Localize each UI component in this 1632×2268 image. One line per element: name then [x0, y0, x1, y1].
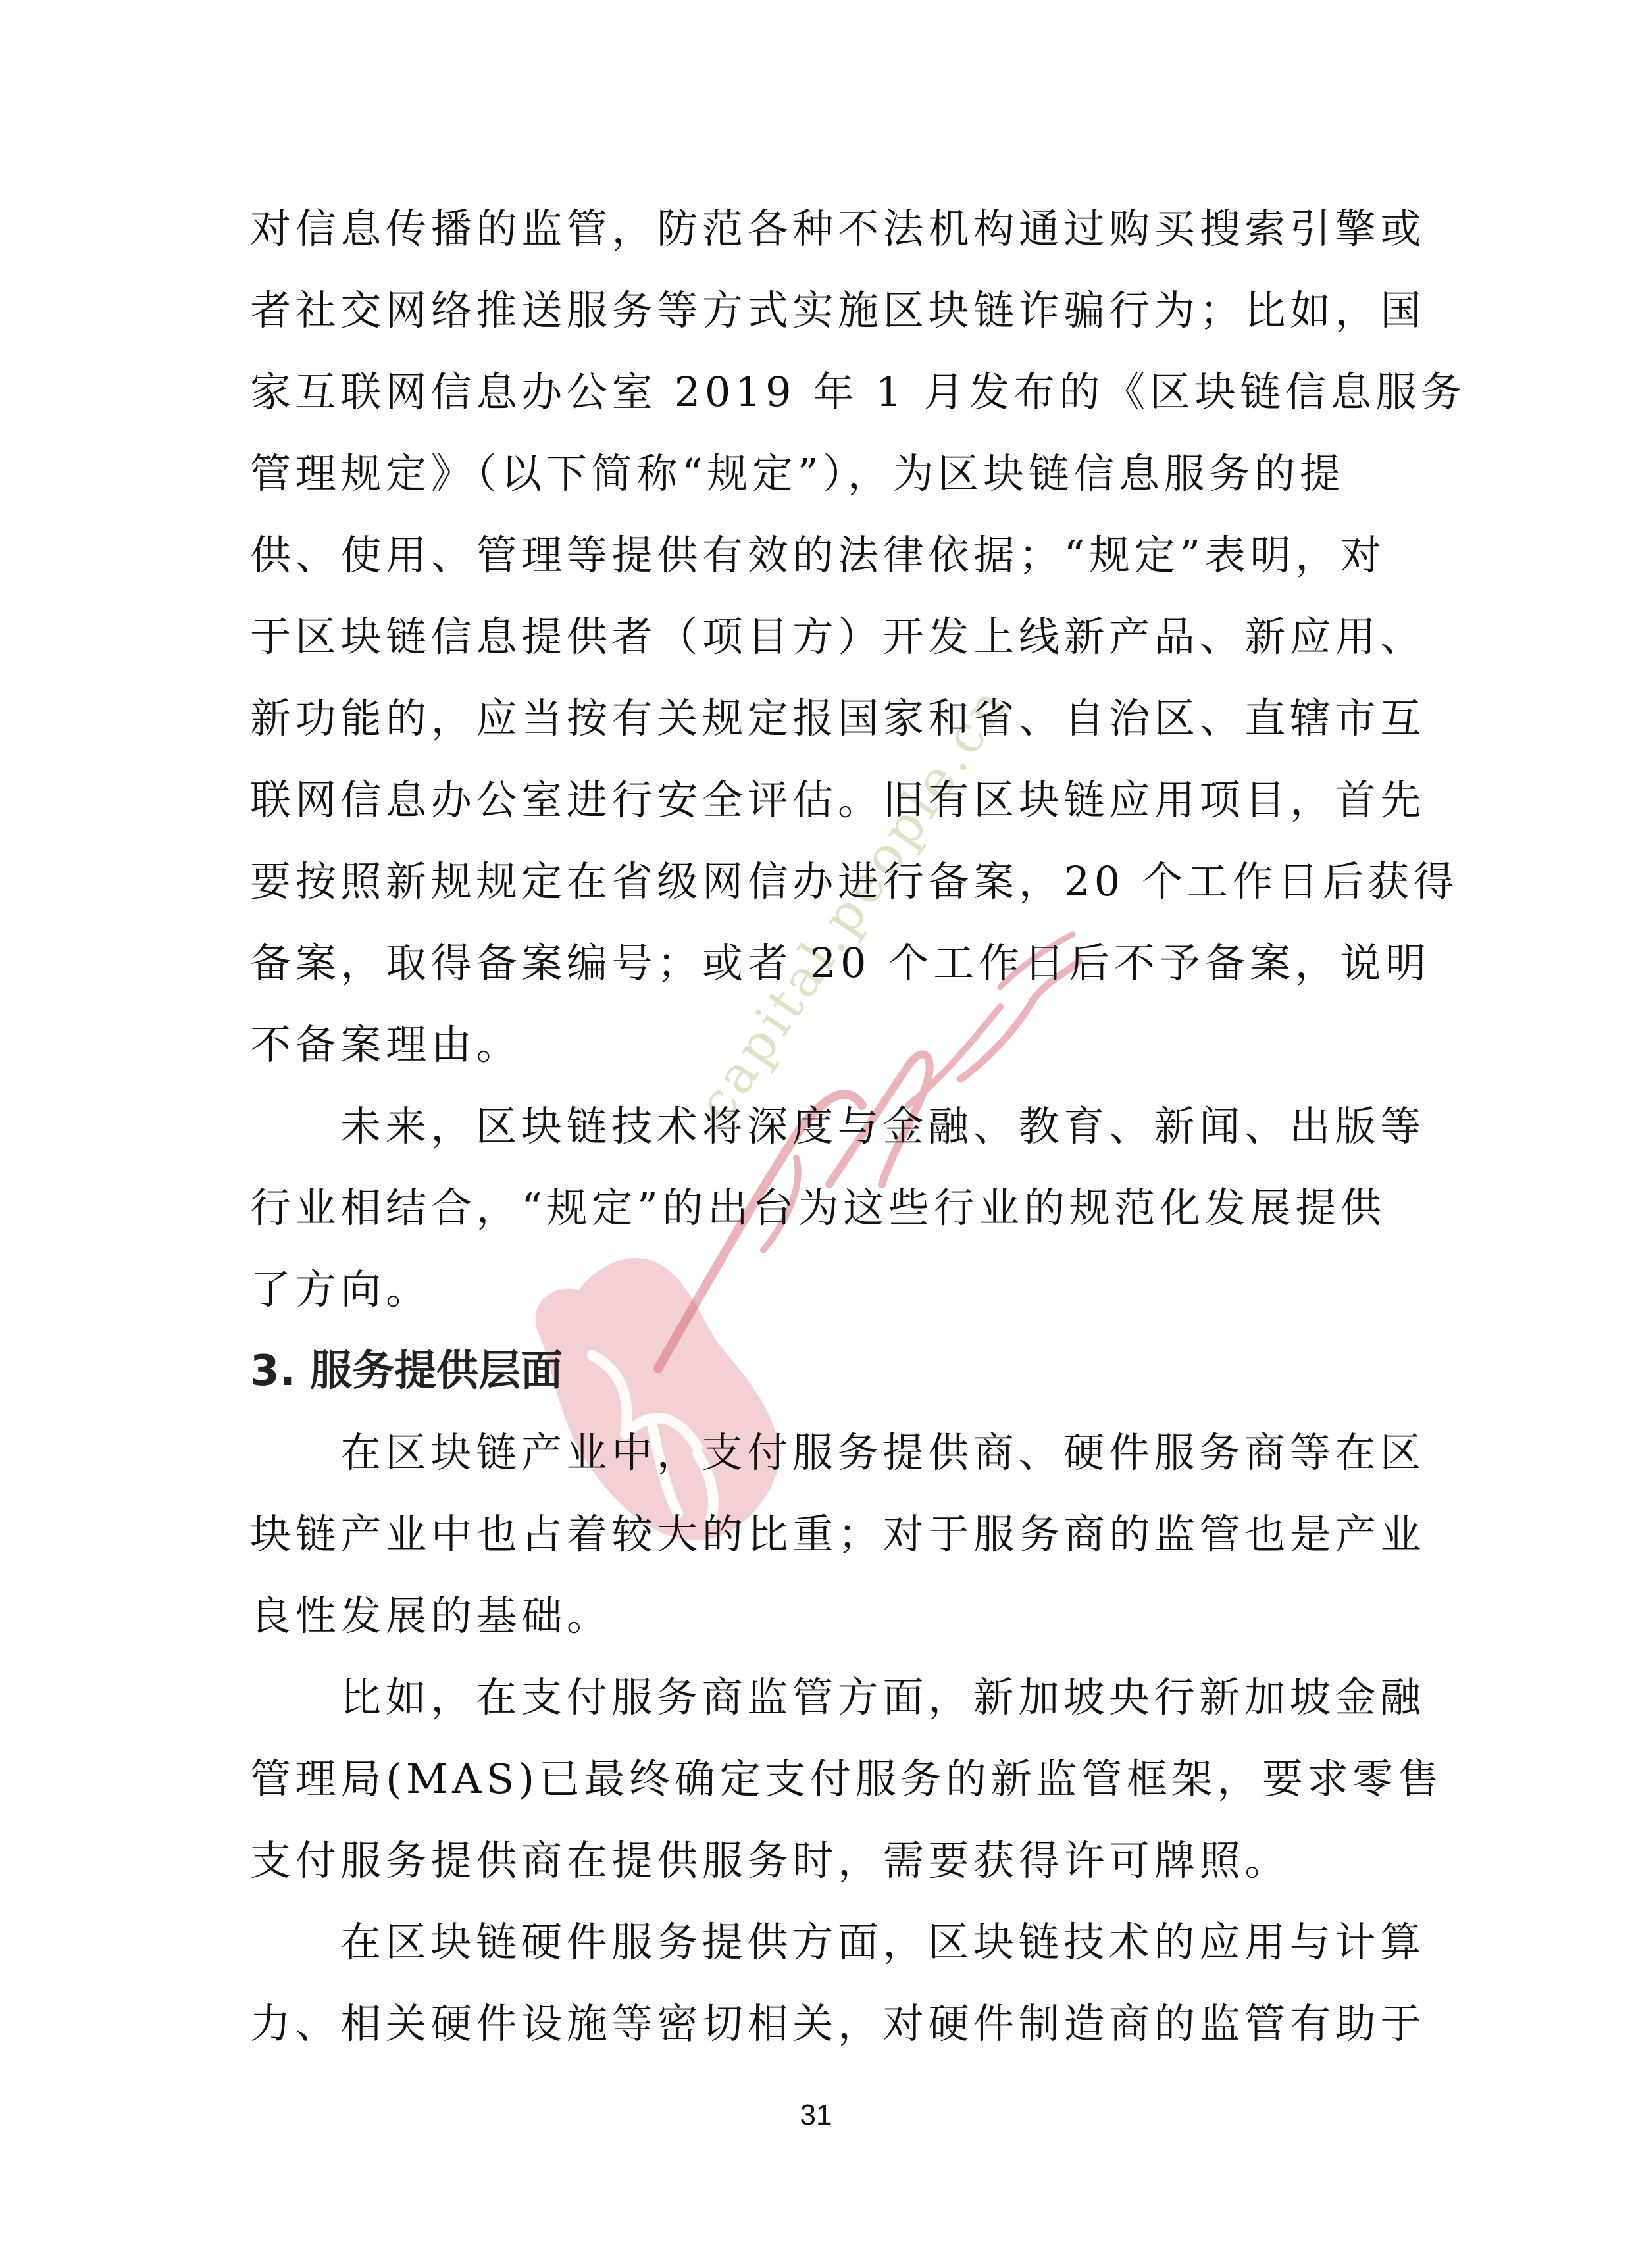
text-line: 新功能的，应当按有关规定报国家和省、自治区、直辖市互: [250, 678, 1389, 759]
text-line: 家互联网信息办公室 2019 年 1 月发布的《区块链信息服务: [250, 351, 1389, 433]
page-number: 31: [796, 2099, 836, 2132]
text-line: 不备案理由。: [250, 1004, 1389, 1086]
text-line: 管理局(MAS)已最终确定支付服务的新监管框架，要求零售: [250, 1738, 1389, 1820]
text-line: 了方向。: [250, 1249, 1389, 1330]
text-line: 支付服务提供商在提供服务时，需要获得许可牌照。: [250, 1820, 1389, 1902]
document-body: 对信息传播的监管，防范各种不法机构通过购买搜索引擎或 者社交网络推送服务等方式实…: [250, 188, 1389, 2065]
text-line: 供、使用、管理等提供有效的法律依据；“规定”表明，对: [250, 515, 1389, 596]
text-line: 于区块链信息提供者（项目方）开发上线新产品、新应用、: [250, 596, 1389, 678]
text-line: 比如，在支付服务商监管方面，新加坡央行新加坡金融: [250, 1657, 1389, 1738]
text-line: 良性发展的基础。: [250, 1575, 1389, 1657]
text-line: 块链产业中也占着较大的比重；对于服务商的监管也是产业: [250, 1494, 1389, 1575]
section-heading: 3. 服务提供层面: [250, 1330, 1389, 1412]
text-line: 对信息传播的监管，防范各种不法机构通过购买搜索引擎或: [250, 188, 1389, 270]
text-line: 者社交网络推送服务等方式实施区块链诈骗行为；比如，国: [250, 270, 1389, 351]
text-line: 未来，区块链技术将深度与金融、教育、新闻、出版等: [250, 1086, 1389, 1167]
text-line: 力、相关硬件设施等密切相关，对硬件制造商的监管有助于: [250, 1983, 1389, 2065]
text-line: 要按照新规规定在省级网信办进行备案，20 个工作日后获得: [250, 841, 1389, 922]
text-line: 行业相结合，“规定”的出台为这些行业的规范化发展提供: [250, 1167, 1389, 1249]
document-page: capital.people.cn 对信息传播的监管，防范各种不法机构通过购买搜…: [0, 0, 1632, 2268]
text-line: 在区块链产业中，支付服务提供商、硬件服务商等在区: [250, 1412, 1389, 1494]
text-line: 备案，取得备案编号；或者 20 个工作日后不予备案，说明: [250, 922, 1389, 1004]
text-line: 在区块链硬件服务提供方面，区块链技术的应用与计算: [250, 1902, 1389, 1983]
text-line: 联网信息办公室进行安全评估。旧有区块链应用项目，首先: [250, 759, 1389, 841]
text-line: 管理规定》（以下简称“规定”），为区块链信息服务的提: [250, 433, 1389, 515]
